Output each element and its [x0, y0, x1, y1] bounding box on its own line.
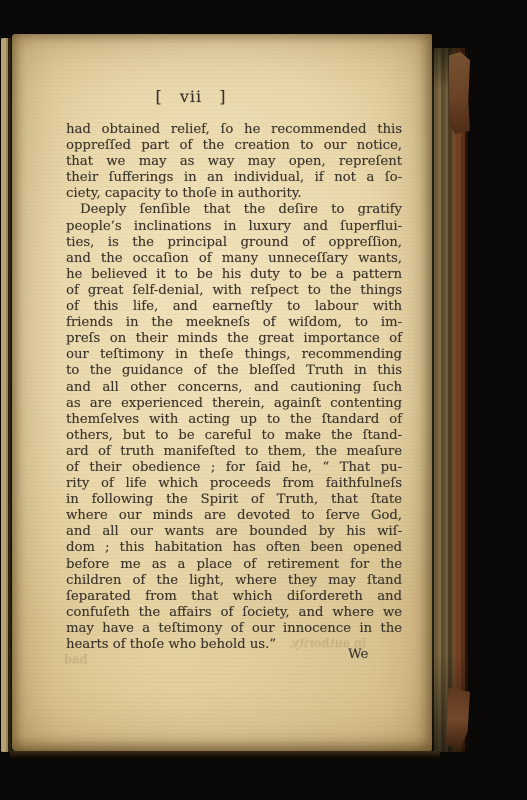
- text-line: to the guidance of the bleſſed Truth in …: [66, 363, 402, 379]
- book-fore-edge: [432, 48, 468, 752]
- text-line: where our minds are devoted to ſerve God…: [66, 508, 402, 524]
- text-line: dom ; this habitation has often been ope…: [66, 540, 402, 556]
- text-line: friends in the meekneſs of wiſdom, to im…: [66, 315, 402, 331]
- text-line: ſeparated from that which diſordereth an…: [66, 589, 402, 605]
- text-line: as are experienced therein, againſt cont…: [66, 396, 402, 412]
- text-line: others, but to be careful to make the ſt…: [66, 428, 402, 444]
- text-line: oppreſſed part of the creation to our no…: [66, 138, 402, 154]
- show-through-text: had: [64, 651, 88, 666]
- text-line: Deeply ſenſible that the deſire to grati…: [66, 202, 402, 218]
- text-line: people’s inclinations in luxury and ſupe…: [66, 219, 402, 235]
- text-line: and all other concerns, and cautioning ſ…: [66, 380, 402, 396]
- text-line: confuſeth the affairs of ſociety, and wh…: [66, 605, 402, 621]
- text-line: before me as a place of retirement for t…: [66, 557, 402, 573]
- text-line: he believed it to be his duty to be a pa…: [66, 267, 402, 283]
- text-line: ciety, capacity to thoſe in authority.: [66, 186, 402, 202]
- text-line: our teſtimony in theſe things, recommend…: [66, 347, 402, 363]
- leather-cover-corner-top: [449, 52, 470, 134]
- body-text: had obtained relief, ſo he recommended t…: [66, 122, 402, 653]
- text-line: their ſufferings in an individual, if no…: [66, 170, 402, 186]
- text-line: of great ſelf-denial, with reſpect to th…: [66, 283, 402, 299]
- text-line: of their obedience ; for ſaid he, “ That…: [66, 460, 402, 476]
- text-line: preſs on their minds the great importanc…: [66, 331, 402, 347]
- text-line: that we may as way may open, repreſent: [66, 154, 402, 170]
- book-photo: [ vii ] had obtained relief, ſo he recom…: [0, 0, 527, 800]
- show-through-text: in authority,: [270, 635, 366, 650]
- book-page: [ vii ] had obtained relief, ſo he recom…: [12, 34, 432, 751]
- text-line: and the occaſion of many unneceſſary wan…: [66, 251, 402, 267]
- text-line: ties, is the principal ground of oppreſſ…: [66, 235, 402, 251]
- text-line: in following the Spirit of Truth, that ſ…: [66, 492, 402, 508]
- text-line: ard of truth manifeſted to them, the mea…: [66, 444, 402, 460]
- text-line: themſelves with acting up to the ſtandar…: [66, 412, 402, 428]
- text-line: rity of life which proceeds from faithfu…: [66, 476, 402, 492]
- text-line: had obtained relief, ſo he recommended t…: [66, 122, 402, 138]
- text-line: of this life, and earneſtly to labour wi…: [66, 299, 402, 315]
- text-line: and all our wants are bounded by his wiſ…: [66, 524, 402, 540]
- text-line: children of the light, where they may ſt…: [66, 573, 402, 589]
- folio-page-number: [ vii ]: [130, 87, 252, 106]
- page-bottom-shadow: [10, 751, 440, 759]
